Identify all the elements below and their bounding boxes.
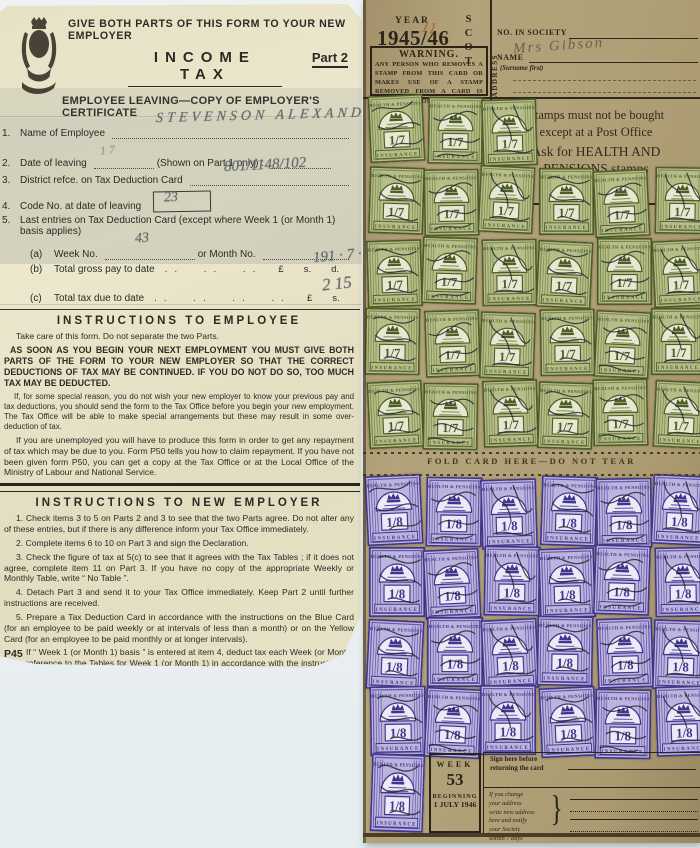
scanned-documents-background: GIVE BOTH PARTS OF THIS FORM TO YOUR NEW… (0, 0, 700, 848)
svg-text:1/7: 1/7 (502, 137, 519, 152)
svg-text:1/7: 1/7 (556, 279, 574, 294)
svg-text:INSURANCE: INSURANCE (543, 677, 586, 683)
svg-text:HEALTH & PENSIONS: HEALTH & PENSIONS (425, 389, 477, 395)
section-divider (0, 309, 360, 310)
svg-text:1/7: 1/7 (670, 346, 687, 360)
svg-text:1/8: 1/8 (444, 727, 462, 743)
svg-text:1/7: 1/7 (447, 135, 464, 149)
health-pensions-stamp-1-8: HEALTH & PENSIONS 1/8 INSURANCE (422, 548, 481, 621)
health-pensions-stamp-1-8: HEALTH & PENSIONS 1/8 INSURANCE (654, 547, 700, 618)
health-pensions-stamp-1-8: HEALTH & PENSIONS 1/8 INSURANCE (596, 617, 654, 689)
svg-text:HEALTH & PENSIONS: HEALTH & PENSIONS (429, 624, 482, 629)
item-last-entries: 5. Last entries on Tax Deduction Card (e… (2, 215, 352, 237)
perforation-line (363, 452, 700, 454)
address-change-dotted-line (570, 811, 698, 812)
svg-text:1/7: 1/7 (614, 208, 632, 223)
health-pensions-stamp-1-7: HEALTH & PENSIONS 1/7 INSURANCE (481, 239, 537, 307)
card-edge (363, 833, 700, 837)
health-pensions-stamp-1-7: HEALTH & PENSIONS 1/7 INSURANCE (424, 309, 481, 378)
health-pensions-stamp-1-8: HEALTH & PENSIONS 1/8 INSURANCE (536, 616, 593, 687)
item-name-of-employee: 1. Name of Employee STEVENSON ALEXANDER (2, 125, 352, 139)
svg-text:INSURANCE: INSURANCE (661, 225, 700, 231)
health-pensions-stamp-1-7: HEALTH & PENSIONS 1/7 INSURANCE (654, 167, 700, 235)
instruction-paragraph: 7. In case of difficulty, apply to your … (4, 721, 354, 732)
svg-text:INSURANCE: INSURANCE (547, 367, 589, 373)
handwritten-tax-due: 2 15 (321, 272, 353, 295)
svg-text:1/7: 1/7 (673, 278, 691, 293)
health-pensions-stamp-1-8: HEALTH & PENSIONS 1/8 INSURANCE (655, 685, 700, 757)
health-pensions-stamp-1-7: HEALTH & PENSIONS 1/7 INSURANCE (651, 239, 700, 309)
instruction-paragraph: If you are unemployed you will have to p… (4, 435, 354, 478)
svg-text:INSURANCE: INSURANCE (658, 366, 700, 371)
svg-text:HEALTH & PENSIONS: HEALTH & PENSIONS (656, 554, 700, 560)
svg-text:INSURANCE: INSURANCE (546, 226, 588, 231)
week-entry-line: 43 (105, 246, 195, 260)
item-district-reference: 3. District refce. on Tax Deduction Card… (2, 172, 352, 186)
health-pensions-stamp-1-8: HEALTH & PENSIONS 1/8 INSURANCE (650, 474, 700, 547)
health-pensions-stamp-1-8: HEALTH & PENSIONS 1/8 INSURANCE (540, 475, 598, 547)
svg-text:1/8: 1/8 (614, 728, 631, 743)
instruction-paragraph: If “ Week 1 (or Month 1) basis ” is ente… (14, 647, 354, 679)
health-pensions-stamp-1-7: HEALTH & PENSIONS 1/7 INSURANCE (592, 379, 648, 447)
instruction-paragraph: 3. Check the figure of tax at 5(c) to se… (4, 552, 354, 584)
svg-text:INSURANCE: INSURANCE (371, 366, 413, 372)
health-pensions-stamp-1-8: HEALTH & PENSIONS 1/8 INSURANCE (652, 619, 700, 691)
svg-text:1/8: 1/8 (386, 514, 404, 530)
svg-text:1/8: 1/8 (444, 588, 462, 604)
perforation-line (363, 474, 700, 476)
form-items: 1. Name of Employee STEVENSON ALEXANDER … (0, 125, 362, 305)
health-pensions-stamp-1-8: HEALTH & PENSIONS 1/8 INSURANCE (364, 474, 423, 547)
svg-text:1/8: 1/8 (386, 659, 404, 675)
handwritten-code: 23 (164, 190, 179, 207)
svg-text:INSURANCE: INSURANCE (432, 538, 475, 544)
health-pensions-stamp-1-7: HEALTH & PENSIONS 1/7 INSURANCE (364, 308, 420, 376)
health-pensions-stamp-1-7: HEALTH & PENSIONS 1/7 INSURANCE (366, 239, 423, 308)
health-pensions-stamp-1-7: HEALTH & PENSIONS 1/7 INSURANCE (427, 97, 483, 165)
health-pensions-stamp-1-7: HEALTH & PENSIONS 1/7 INSURANCE (366, 380, 424, 450)
week-start-date: 1 JULY 1946 (431, 800, 479, 809)
svg-text:HEALTH & PENSIONS: HEALTH & PENSIONS (597, 485, 650, 491)
address-change-line (570, 799, 698, 800)
health-pensions-stamp-1-8: HEALTH & PENSIONS 1/8 INSURANCE (594, 689, 651, 760)
svg-text:1/7: 1/7 (443, 207, 460, 221)
instruction-paragraph: 5. Prepare a Tax Deduction Card in accor… (4, 612, 354, 644)
svg-text:1/7: 1/7 (503, 418, 520, 433)
fold-instruction: FOLD CARD HERE—DO NOT TEAR (363, 456, 700, 466)
health-pensions-stamp-1-8: HEALTH & PENSIONS 1/8 INSURANCE (423, 687, 482, 760)
employee-instructions-heading: INSTRUCTIONS TO EMPLOYEE (0, 315, 362, 327)
svg-text:HEALTH & PENSIONS: HEALTH & PENSIONS (425, 175, 477, 181)
svg-text:1/8: 1/8 (501, 518, 518, 534)
instruction-paragraph: Take care of this form. Do not separate … (4, 331, 354, 342)
week-box: WEEK 53 BEGINNING 1 JULY 1946 (429, 753, 481, 833)
handwritten-date: 1 7 (99, 142, 115, 158)
handwritten-gross-pay: 191 · 7 · (313, 246, 363, 267)
health-pensions-stamp-1-7: HEALTH & PENSIONS 1/7 INSURANCE (537, 381, 594, 450)
employee-instructions-body: Take care of this form. Do not separate … (0, 331, 362, 478)
sign-here-text: Sign here before returning the card (490, 756, 564, 774)
health-pensions-stamp-1-7: HEALTH & PENSIONS 1/7 INSURANCE (535, 240, 593, 310)
health-pensions-stamp-1-8: HEALTH & PENSIONS 1/8 INSURANCE (370, 753, 425, 833)
health-pensions-stamp-1-8: HEALTH & PENSIONS 1/8 INSURANCE (480, 685, 536, 755)
svg-text:HEALTH & PENSIONS: HEALTH & PENSIONS (541, 175, 593, 180)
svg-text:HEALTH & PENSIONS: HEALTH & PENSIONS (539, 623, 592, 629)
svg-text:HEALTH & PENSIONS: HEALTH & PENSIONS (657, 173, 700, 179)
health-pensions-stamp-1-7: HEALTH & PENSIONS 1/7 INSURANCE (592, 169, 650, 239)
svg-text:1/8: 1/8 (503, 585, 520, 600)
svg-text:HEALTH & PENSIONS: HEALTH & PENSIONS (486, 553, 539, 559)
svg-text:HEALTH & PENSIONS: HEALTH & PENSIONS (430, 103, 482, 109)
health-pensions-stamp-1-8: HEALTH & PENSIONS 1/8 INSURANCE (483, 546, 540, 617)
svg-text:INSURANCE: INSURANCE (377, 747, 420, 753)
handwritten-reference: 801/1148/102 (223, 155, 306, 176)
health-pensions-stamp-1-7: HEALTH & PENSIONS 1/7 INSURANCE (367, 94, 425, 164)
health-pensions-stamp-1-7: HEALTH & PENSIONS 1/7 INSURANCE (477, 165, 535, 235)
stamps-layer: HEALTH & PENSIONS 1/7 INSURANCE HEALTH &… (363, 0, 700, 843)
svg-text:HEALTH & PENSIONS: HEALTH & PENSIONS (594, 385, 646, 391)
svg-text:1/7: 1/7 (499, 350, 516, 365)
health-pensions-stamp-1-7: HEALTH & PENSIONS 1/7 INSURANCE (652, 380, 700, 450)
svg-text:1/7: 1/7 (445, 348, 462, 363)
health-pensions-stamp-1-8: HEALTH & PENSIONS 1/8 INSURANCE (480, 478, 538, 550)
health-pensions-stamp-1-8: HEALTH & PENSIONS 1/8 INSURANCE (365, 619, 424, 692)
svg-text:1/7: 1/7 (674, 205, 691, 219)
svg-text:INSURANCE: INSURANCE (487, 746, 530, 751)
address-change-line (570, 819, 698, 820)
svg-text:1/8: 1/8 (617, 657, 634, 673)
svg-text:1/7: 1/7 (389, 133, 407, 148)
health-pensions-stamp-1-8: HEALTH & PENSIONS 1/8 INSURANCE (369, 547, 425, 617)
svg-text:INSURANCE: INSURANCE (490, 607, 533, 613)
reference-entry-line: 801/1148/102 (190, 172, 349, 186)
health-pensions-stamp-1-8: HEALTH & PENSIONS 1/8 INSURANCE (595, 478, 652, 549)
address-change-dotted-line (570, 831, 698, 832)
health-pensions-stamp-1-7: HEALTH & PENSIONS 1/7 INSURANCE (481, 98, 538, 167)
svg-text:HEALTH & PENSIONS: HEALTH & PENSIONS (599, 245, 651, 250)
brace-glyph: } (551, 787, 563, 829)
svg-text:1/8: 1/8 (676, 725, 693, 741)
date-entry-line: 1 7 (94, 155, 154, 169)
health-pensions-stamp-1-8: HEALTH & PENSIONS 1/8 INSURANCE (480, 618, 539, 691)
code-number-box: 23 (153, 190, 211, 212)
health-pensions-stamp-1-7: HEALTH & PENSIONS 1/7 INSURANCE (422, 383, 478, 451)
svg-text:HEALTH & PENSIONS: HEALTH & PENSIONS (371, 554, 424, 559)
instruction-paragraph: AS SOON AS YOU BEGIN YOUR NEXT EMPLOYMEN… (4, 345, 354, 389)
health-pensions-stamp-1-7: HEALTH & PENSIONS 1/7 INSURANCE (423, 169, 479, 237)
svg-text:INSURANCE: INSURANCE (376, 820, 417, 828)
svg-text:INSURANCE: INSURANCE (662, 608, 700, 614)
svg-text:1/8: 1/8 (447, 656, 464, 671)
health-pensions-stamp-1-8: HEALTH & PENSIONS 1/8 INSURANCE (538, 547, 596, 619)
svg-text:HEALTH & PENSIONS: HEALTH & PENSIONS (428, 484, 481, 490)
svg-text:HEALTH & PENSIONS: HEALTH & PENSIONS (597, 696, 650, 702)
health-pensions-stamp-1-7: HEALTH & PENSIONS 1/7 INSURANCE (368, 166, 425, 235)
p45-income-tax-form: GIVE BOTH PARTS OF THIS FORM TO YOUR NEW… (0, 4, 362, 672)
instruction-paragraph: 4. Detach Part 3 and send it to your Tax… (4, 587, 354, 609)
svg-text:1/8: 1/8 (675, 586, 692, 601)
item-week-no: (a) Week No. 43 or Month No. (30, 246, 352, 260)
instruction-paragraph: 1. Check items 3 to 5 on Parts 2 and 3 t… (4, 513, 354, 535)
svg-text:1/7: 1/7 (616, 276, 633, 290)
svg-text:1/8: 1/8 (613, 584, 630, 600)
heavy-section-divider (0, 483, 360, 492)
week-number: 53 (431, 770, 479, 790)
item-code-number: 4. Code No. at date of leaving 23 (2, 191, 352, 212)
svg-text:1/8: 1/8 (560, 515, 577, 531)
svg-text:1/8: 1/8 (445, 516, 462, 531)
item-tax-due: (c) Total tax due to date .. .. .. .. £ … (30, 293, 396, 304)
health-pensions-stamp-1-8: HEALTH & PENSIONS 1/8 INSURANCE (369, 686, 426, 757)
health-pensions-stamp-1-7: HEALTH & PENSIONS 1/7 INSURANCE (482, 379, 539, 448)
health-pensions-stamp-1-8: HEALTH & PENSIONS 1/8 INSURANCE (593, 544, 651, 616)
instruction-paragraph: 6. Do not make any refund to a new emplo… (4, 697, 354, 719)
svg-text:1/8: 1/8 (616, 517, 633, 532)
svg-text:1/7: 1/7 (501, 277, 518, 291)
health-pensions-stamp-1-8: HEALTH & PENSIONS 1/8 INSURANCE (425, 477, 482, 548)
handwritten-week: 43 (134, 231, 149, 248)
box-divider (484, 787, 700, 788)
svg-text:1/7: 1/7 (673, 419, 691, 434)
svg-text:INSURANCE: INSURANCE (489, 297, 531, 303)
svg-text:1/8: 1/8 (672, 659, 689, 675)
signature-box: Sign here before returning the card If y… (483, 752, 700, 836)
form-part-label: Part 2 (312, 50, 348, 68)
svg-text:1/8: 1/8 (556, 655, 573, 670)
form-title-row: INCOME TAX Part 2 (68, 49, 348, 87)
health-pensions-stamp-1-7: HEALTH & PENSIONS 1/7 INSURANCE (479, 311, 536, 380)
svg-text:1/8: 1/8 (559, 587, 576, 603)
health-pensions-stamp-1-7: HEALTH & PENSIONS 1/7 INSURANCE (651, 308, 700, 375)
insurance-stamp-card: YEAR 1945/46 11 SCOT WARNING. ANY PERSON… (363, 0, 700, 843)
health-pensions-stamp-1-7: HEALTH & PENSIONS 1/7 INSURANCE (597, 238, 652, 305)
name-entry-line: STEVENSON ALEXANDER (112, 125, 349, 139)
svg-text:1/7: 1/7 (388, 205, 405, 220)
employer-instructions-heading: INSTRUCTIONS TO NEW EMPLOYER (0, 497, 362, 509)
royal-coat-of-arms-icon (18, 14, 60, 100)
svg-text:1/8: 1/8 (500, 724, 517, 739)
svg-text:1/7: 1/7 (441, 275, 458, 290)
svg-text:INSURANCE: INSURANCE (376, 608, 419, 613)
svg-text:HEALTH & PENSIONS: HEALTH & PENSIONS (367, 314, 419, 320)
svg-text:1/8: 1/8 (502, 658, 520, 674)
card-edge (363, 0, 366, 843)
form-title: INCOME TAX (128, 49, 282, 87)
health-pensions-stamp-1-7: HEALTH & PENSIONS 1/7 INSURANCE (593, 310, 651, 380)
instruction-paragraph: If, for some special reason, you do not … (4, 392, 354, 432)
form-banner: GIVE BOTH PARTS OF THIS FORM TO YOUR NEW… (68, 18, 352, 42)
health-pensions-stamp-1-7: HEALTH & PENSIONS 1/7 INSURANCE (539, 309, 595, 377)
health-pensions-stamp-1-7: HEALTH & PENSIONS 1/7 INSURANCE (421, 236, 478, 305)
health-pensions-stamp-1-8: HEALTH & PENSIONS 1/8 INSURANCE (538, 686, 597, 759)
instruction-paragraph: If “ E ” is entered at item 3, prepare a… (14, 683, 354, 694)
instruction-paragraph: 2. Complete items 6 to 10 on Part 3 and … (4, 538, 354, 549)
employer-instructions-body: 1. Check items 3 to 5 on Parts 2 and 3 t… (0, 513, 362, 732)
health-pensions-stamp-1-7: HEALTH & PENSIONS 1/7 INSURANCE (539, 168, 594, 235)
form-number: P45 (4, 648, 23, 660)
health-pensions-stamp-1-8: HEALTH & PENSIONS 1/8 INSURANCE (427, 617, 483, 687)
signature-line (568, 769, 696, 770)
